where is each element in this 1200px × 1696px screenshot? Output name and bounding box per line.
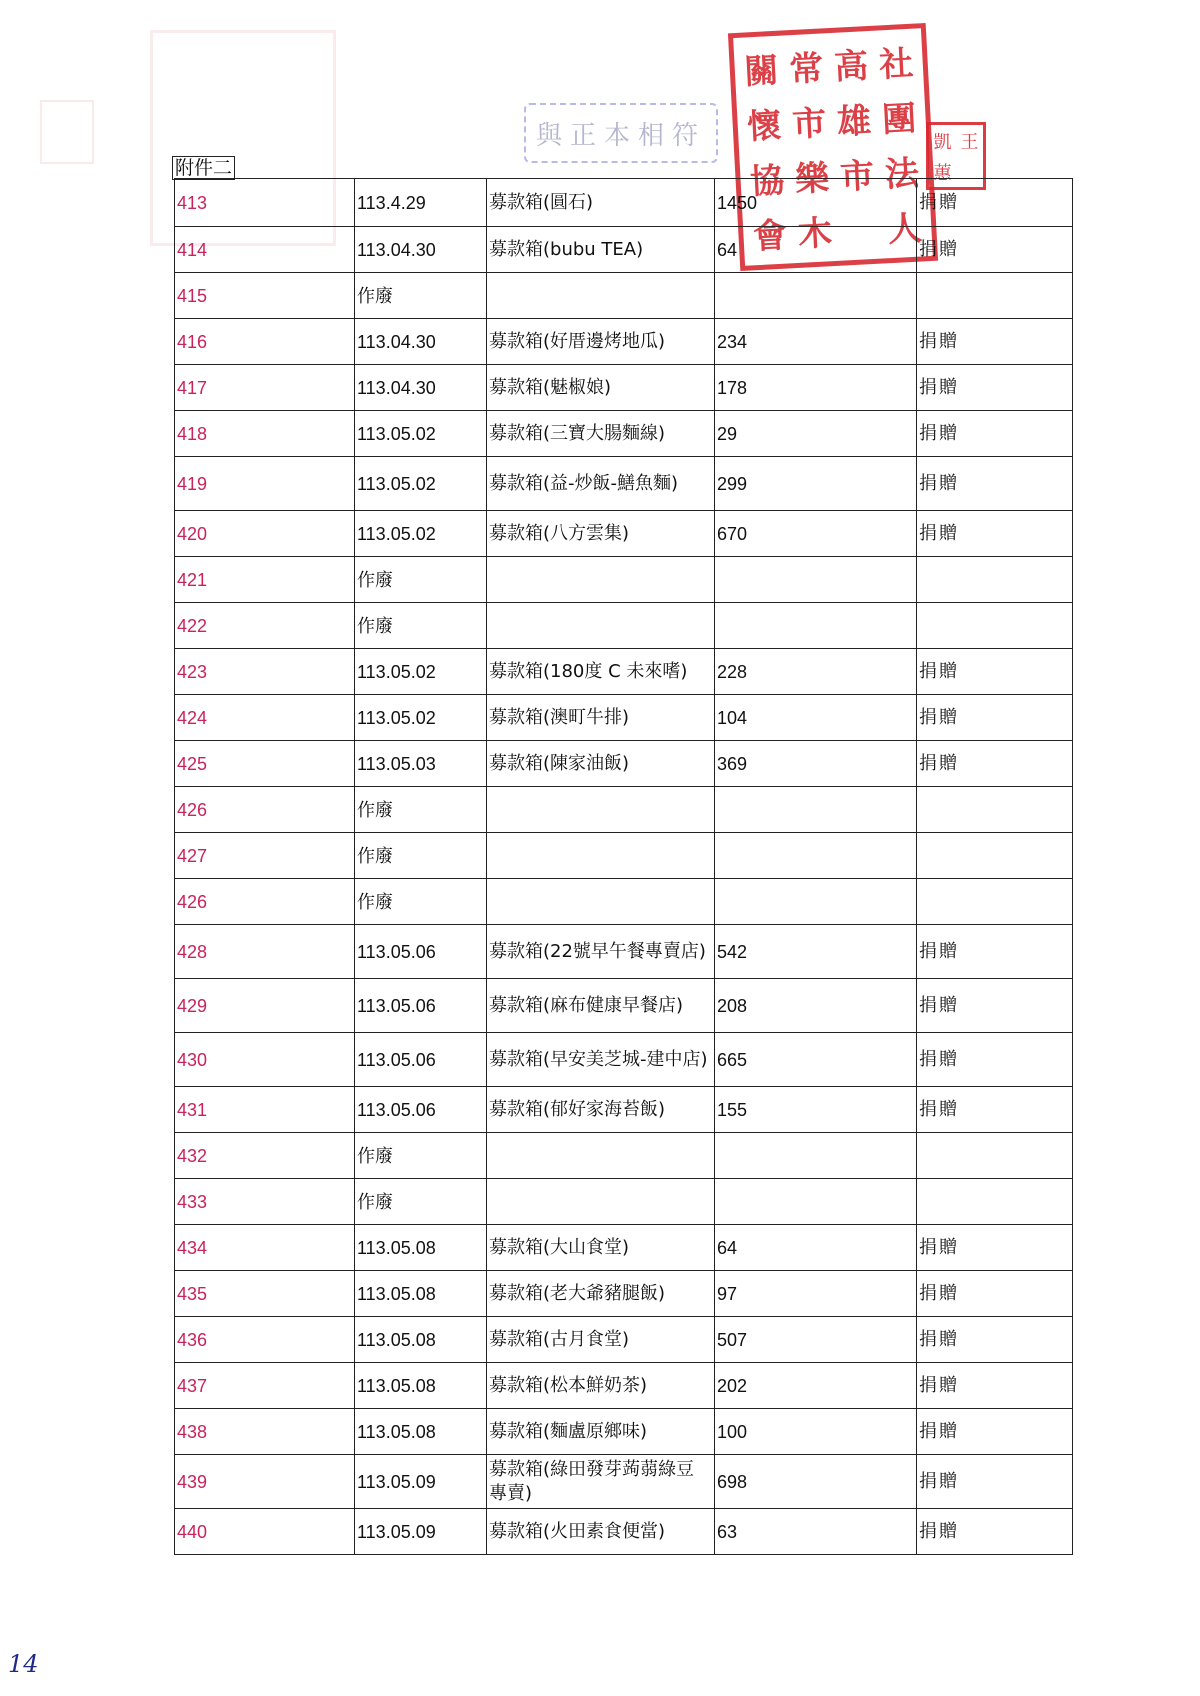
type-cell: 捐贈 [917, 1317, 1073, 1363]
table-row: 439113.05.09募款箱(綠田發芽蒟蒻綠豆專賣)698捐贈 [175, 1455, 1073, 1509]
receipt-number-cell: 431 [175, 1087, 355, 1133]
table-row: 413113.4.29募款箱(圓石)1450捐贈 [175, 179, 1073, 227]
amount-cell: 542 [715, 925, 917, 979]
date-cell: 113.05.06 [355, 979, 487, 1033]
receipt-number-cell: 435 [175, 1271, 355, 1317]
table-row: 417113.04.30募款箱(魅椒娘)178捐贈 [175, 365, 1073, 411]
seal-char: 市 [791, 95, 828, 146]
description-cell: 募款箱(陳家油飯) [487, 741, 715, 787]
receipt-number-cell: 421 [175, 557, 355, 603]
table-row: 422作廢 [175, 603, 1073, 649]
type-cell: 捐贈 [917, 227, 1073, 273]
table-row: 436113.05.08募款箱(古月食堂)507捐贈 [175, 1317, 1073, 1363]
description-cell: 募款箱(180度 C 未來嗜) [487, 649, 715, 695]
date-cell: 113.05.03 [355, 741, 487, 787]
amount-cell: 178 [715, 365, 917, 411]
table-row: 426作廢 [175, 787, 1073, 833]
receipt-number-cell: 428 [175, 925, 355, 979]
date-cell: 113.04.30 [355, 227, 487, 273]
seal-char: 懷 [746, 98, 783, 149]
amount-cell: 64 [715, 227, 917, 273]
seal-char: 社 [878, 36, 915, 87]
type-cell: 捐贈 [917, 457, 1073, 511]
seal-char: 雄 [836, 93, 873, 144]
description-cell: 募款箱(老大爺豬腿飯) [487, 1271, 715, 1317]
receipt-number-cell: 436 [175, 1317, 355, 1363]
receipt-number-cell: 437 [175, 1363, 355, 1409]
amount-cell [715, 603, 917, 649]
receipt-number-cell: 414 [175, 227, 355, 273]
table-row: 430113.05.06募款箱(早安美芝城-建中店)665捐贈 [175, 1033, 1073, 1087]
table-row: 428113.05.06募款箱(22號早午餐專賣店)542捐贈 [175, 925, 1073, 979]
seal-char: 團 [881, 91, 918, 142]
receipt-number-cell: 433 [175, 1179, 355, 1225]
table-row: 440113.05.09募款箱(火田素食便當)63捐贈 [175, 1509, 1073, 1555]
amount-cell [715, 879, 917, 925]
description-cell: 募款箱(綠田發芽蒟蒻綠豆專賣) [487, 1455, 715, 1509]
donation-ledger-table: 413113.4.29募款箱(圓石)1450捐贈414113.04.30募款箱(… [174, 178, 1073, 1555]
receipt-number-cell: 432 [175, 1133, 355, 1179]
date-cell: 113.05.09 [355, 1509, 487, 1555]
type-cell [917, 273, 1073, 319]
description-cell: 募款箱(三寶大腸麵線) [487, 411, 715, 457]
type-cell: 捐贈 [917, 695, 1073, 741]
description-cell: 募款箱(圓石) [487, 179, 715, 227]
description-cell: 募款箱(魅椒娘) [487, 365, 715, 411]
table-row: 434113.05.08募款箱(大山食堂)64捐贈 [175, 1225, 1073, 1271]
table-row: 425113.05.03募款箱(陳家油飯)369捐贈 [175, 741, 1073, 787]
type-cell: 捐贈 [917, 179, 1073, 227]
table-row: 419113.05.02募款箱(益-炒飯-鱔魚麵)299捐贈 [175, 457, 1073, 511]
amount-cell [715, 833, 917, 879]
void-mark-cell: 作廢 [355, 1179, 487, 1225]
receipt-number-cell: 422 [175, 603, 355, 649]
table-row: 431113.05.06募款箱(郁好家海苔飯)155捐贈 [175, 1087, 1073, 1133]
type-cell [917, 1179, 1073, 1225]
table-row: 420113.05.02募款箱(八方雲集)670捐贈 [175, 511, 1073, 557]
date-cell: 113.05.02 [355, 695, 487, 741]
receipt-number-cell: 430 [175, 1033, 355, 1087]
description-cell: 募款箱(麻布健康早餐店) [487, 979, 715, 1033]
table-row: 438113.05.08募款箱(麵盧原鄉味)100捐贈 [175, 1409, 1073, 1455]
amount-cell: 299 [715, 457, 917, 511]
amount-cell: 63 [715, 1509, 917, 1555]
table-row: 414113.04.30募款箱(bubu TEA)64捐贈 [175, 227, 1073, 273]
amount-cell: 670 [715, 511, 917, 557]
attachment-label: 附件二 [172, 156, 235, 180]
table-row: 432作廢 [175, 1133, 1073, 1179]
amount-cell: 208 [715, 979, 917, 1033]
table-row: 424113.05.02募款箱(澳町牛排)104捐贈 [175, 695, 1073, 741]
description-cell: 募款箱(益-炒飯-鱔魚麵) [487, 457, 715, 511]
type-cell: 捐贈 [917, 319, 1073, 365]
date-cell: 113.05.06 [355, 1033, 487, 1087]
receipt-number-cell: 426 [175, 879, 355, 925]
type-cell: 捐贈 [917, 1363, 1073, 1409]
type-cell [917, 1133, 1073, 1179]
amount-cell [715, 273, 917, 319]
faded-small-seal-backside [40, 100, 94, 164]
type-cell: 捐贈 [917, 1509, 1073, 1555]
receipt-number-cell: 418 [175, 411, 355, 457]
void-mark-cell: 作廢 [355, 1133, 487, 1179]
table-row: 437113.05.08募款箱(松本鮮奶茶)202捐贈 [175, 1363, 1073, 1409]
date-cell: 113.05.02 [355, 511, 487, 557]
description-cell [487, 833, 715, 879]
receipt-number-cell: 427 [175, 833, 355, 879]
receipt-number-cell: 415 [175, 273, 355, 319]
receipt-number-cell: 440 [175, 1509, 355, 1555]
type-cell: 捐贈 [917, 925, 1073, 979]
amount-cell: 155 [715, 1087, 917, 1133]
type-cell [917, 557, 1073, 603]
amount-cell: 228 [715, 649, 917, 695]
receipt-number-cell: 425 [175, 741, 355, 787]
table-row: 416113.04.30募款箱(好厝邊烤地瓜)234捐贈 [175, 319, 1073, 365]
amount-cell [715, 1179, 917, 1225]
type-cell: 捐贈 [917, 1087, 1073, 1133]
receipt-number-cell: 426 [175, 787, 355, 833]
date-cell: 113.05.08 [355, 1317, 487, 1363]
table-row: 418113.05.02募款箱(三寶大腸麵線)29捐贈 [175, 411, 1073, 457]
void-mark-cell: 作廢 [355, 557, 487, 603]
description-cell: 募款箱(大山食堂) [487, 1225, 715, 1271]
description-cell: 募款箱(火田素食便當) [487, 1509, 715, 1555]
type-cell: 捐贈 [917, 649, 1073, 695]
table-row: 415作廢 [175, 273, 1073, 319]
amount-cell: 698 [715, 1455, 917, 1509]
receipt-number-cell: 416 [175, 319, 355, 365]
description-cell [487, 603, 715, 649]
type-cell: 捐贈 [917, 741, 1073, 787]
type-cell: 捐贈 [917, 1455, 1073, 1509]
amount-cell: 97 [715, 1271, 917, 1317]
seal-char: 關 [743, 43, 780, 94]
type-cell: 捐贈 [917, 1033, 1073, 1087]
receipt-number-cell: 438 [175, 1409, 355, 1455]
type-cell: 捐贈 [917, 1271, 1073, 1317]
table-row: 429113.05.06募款箱(麻布健康早餐店)208捐贈 [175, 979, 1073, 1033]
amount-cell: 202 [715, 1363, 917, 1409]
date-cell: 113.05.02 [355, 411, 487, 457]
seal-char: 王 [961, 128, 979, 154]
amount-cell: 665 [715, 1033, 917, 1087]
type-cell: 捐贈 [917, 979, 1073, 1033]
date-cell: 113.05.08 [355, 1225, 487, 1271]
receipt-number-cell: 429 [175, 979, 355, 1033]
description-cell: 募款箱(早安美芝城-建中店) [487, 1033, 715, 1087]
receipt-number-cell: 434 [175, 1225, 355, 1271]
seal-char: 高 [833, 38, 870, 89]
amount-cell: 1450 [715, 179, 917, 227]
date-cell: 113.05.02 [355, 649, 487, 695]
description-cell: 募款箱(松本鮮奶茶) [487, 1363, 715, 1409]
ledger-body: 413113.4.29募款箱(圓石)1450捐贈414113.04.30募款箱(… [175, 179, 1073, 1555]
table-row: 427作廢 [175, 833, 1073, 879]
amount-cell [715, 1133, 917, 1179]
table-row: 423113.05.02募款箱(180度 C 未來嗜)228捐贈 [175, 649, 1073, 695]
table-row: 426作廢 [175, 879, 1073, 925]
table-row: 421作廢 [175, 557, 1073, 603]
amount-cell [715, 557, 917, 603]
description-cell [487, 1133, 715, 1179]
seal-char: 凱 [934, 128, 952, 154]
receipt-number-cell: 413 [175, 179, 355, 227]
type-cell [917, 603, 1073, 649]
receipt-number-cell: 417 [175, 365, 355, 411]
description-cell [487, 1179, 715, 1225]
certified-copy-stamp: 與正本相符 [524, 103, 718, 163]
description-cell: 募款箱(22號早午餐專賣店) [487, 925, 715, 979]
type-cell: 捐贈 [917, 365, 1073, 411]
date-cell: 113.05.06 [355, 925, 487, 979]
type-cell [917, 879, 1073, 925]
description-cell [487, 879, 715, 925]
void-mark-cell: 作廢 [355, 833, 487, 879]
description-cell: 募款箱(好厝邊烤地瓜) [487, 319, 715, 365]
handwritten-page-number: 14 [8, 1650, 39, 1678]
description-cell [487, 787, 715, 833]
void-mark-cell: 作廢 [355, 787, 487, 833]
void-mark-cell: 作廢 [355, 273, 487, 319]
receipt-number-cell: 424 [175, 695, 355, 741]
type-cell [917, 787, 1073, 833]
amount-cell: 29 [715, 411, 917, 457]
amount-cell: 100 [715, 1409, 917, 1455]
amount-cell: 234 [715, 319, 917, 365]
description-cell [487, 273, 715, 319]
table-row: 433作廢 [175, 1179, 1073, 1225]
type-cell [917, 833, 1073, 879]
void-mark-cell: 作廢 [355, 603, 487, 649]
description-cell: 募款箱(八方雲集) [487, 511, 715, 557]
amount-cell: 507 [715, 1317, 917, 1363]
receipt-number-cell: 419 [175, 457, 355, 511]
date-cell: 113.05.02 [355, 457, 487, 511]
amount-cell: 369 [715, 741, 917, 787]
description-cell: 募款箱(bubu TEA) [487, 227, 715, 273]
date-cell: 113.04.30 [355, 319, 487, 365]
type-cell: 捐贈 [917, 511, 1073, 557]
date-cell: 113.05.08 [355, 1363, 487, 1409]
receipt-number-cell: 439 [175, 1455, 355, 1509]
type-cell: 捐贈 [917, 411, 1073, 457]
date-cell: 113.4.29 [355, 179, 487, 227]
seal-char: 常 [788, 40, 825, 91]
amount-cell [715, 787, 917, 833]
date-cell: 113.05.08 [355, 1271, 487, 1317]
date-cell: 113.04.30 [355, 365, 487, 411]
type-cell: 捐贈 [917, 1225, 1073, 1271]
amount-cell: 64 [715, 1225, 917, 1271]
void-mark-cell: 作廢 [355, 879, 487, 925]
receipt-number-cell: 420 [175, 511, 355, 557]
amount-cell: 104 [715, 695, 917, 741]
description-cell: 募款箱(澳町牛排) [487, 695, 715, 741]
date-cell: 113.05.06 [355, 1087, 487, 1133]
description-cell: 募款箱(古月食堂) [487, 1317, 715, 1363]
description-cell: 募款箱(郁好家海苔飯) [487, 1087, 715, 1133]
receipt-number-cell: 423 [175, 649, 355, 695]
date-cell: 113.05.08 [355, 1409, 487, 1455]
description-cell [487, 557, 715, 603]
description-cell: 募款箱(麵盧原鄉味) [487, 1409, 715, 1455]
type-cell: 捐贈 [917, 1409, 1073, 1455]
date-cell: 113.05.09 [355, 1455, 487, 1509]
table-row: 435113.05.08募款箱(老大爺豬腿飯)97捐贈 [175, 1271, 1073, 1317]
